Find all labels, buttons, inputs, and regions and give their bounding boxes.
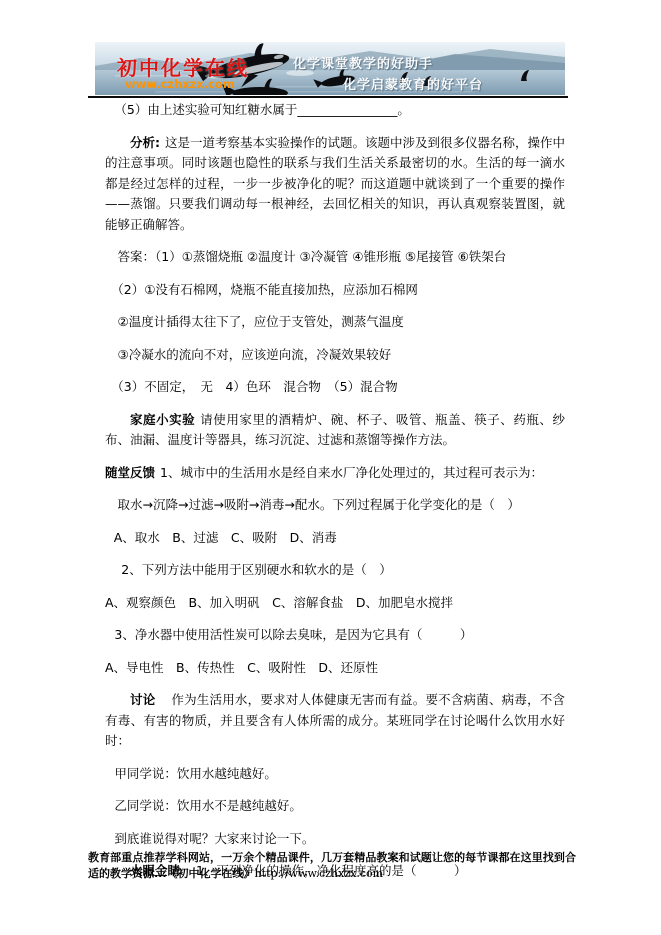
- banner-slogan-2: 化学启蒙教育的好平台: [343, 74, 483, 93]
- question-3-options: A、导电性 B、传热性 C、吸附性 D、还原性: [105, 658, 565, 679]
- answer-text: （3）不固定， 无 4）色环 混合物 （5）混合物: [111, 379, 397, 394]
- answer-text: ②温度计插得太往下了，应位于支管处，测蒸气温度: [118, 314, 404, 329]
- home-experiment-paragraph: 家庭小实验请使用家里的酒精炉、碗、杯子、吸管、瓶盖、筷子、药瓶、纱布、油漏、温度…: [105, 410, 565, 451]
- question-3: 3、净水器中使用活性炭可以除去臭味，是因为它具有（ ）: [105, 625, 565, 646]
- document-body: （5）由上述实验可知红糖水属于________________。 分析:这是一道…: [105, 100, 565, 894]
- analysis-text: 这是一道考察基本实验操作的试题。该题中涉及到很多仪器名称，操作中的注意事项。同时…: [105, 135, 565, 232]
- purification-process-line: 取水→沉降→过滤→吸附→消毒→配水。下列过程属于化学变化的是（ ）: [105, 495, 565, 516]
- student-a-line: 甲同学说：饮用水越纯越好。: [105, 764, 565, 785]
- statement-text: 乙同学说：饮用水不是越纯越好。: [114, 798, 302, 813]
- page-footer: 教育部重点推荐学科网站，一万余个精品课件，几万套精品教案和试题让您的每节课都在这…: [88, 850, 576, 881]
- discussion-label: 讨论: [130, 692, 155, 707]
- analysis-paragraph: 分析:这是一道考察基本实验操作的试题。该题中涉及到很多仪器名称，操作中的注意事项…: [105, 133, 565, 236]
- question-text: 3、净水器中使用活性炭可以除去臭味，是因为它具有（ ）: [114, 627, 472, 642]
- discussion-prompt-line: 到底谁说得对呢？大家来讨论一下。: [105, 829, 565, 850]
- answer-line-2: （2）①没有石棉网，烧瓶不能直接加热，应添加石棉网: [105, 280, 565, 301]
- question-1-options: A、取水 B、过滤 C、吸附 D、消毒: [105, 528, 565, 549]
- footer-url[interactable]: http://www.czhxzx.com: [255, 867, 383, 880]
- question-text: （5）由上述实验可知红糖水属于________________。: [114, 102, 409, 117]
- answer-text: ③冷凝水的流向不对，应该逆向流，冷凝效果较好: [118, 347, 392, 362]
- home-experiment-label: 家庭小实验: [130, 412, 195, 427]
- question-text: 取水→沉降→过滤→吸附→消毒→配水。下列过程属于化学变化的是（ ）: [118, 497, 520, 512]
- options-text: A、观察颜色 B、加入明矾 C、溶解食盐 D、加肥皂水搅拌: [105, 595, 453, 610]
- footer-brand: 《初中化学在线》: [167, 867, 255, 880]
- answer-line-1: 答案：（1）①蒸馏烧瓶 ②温度计 ③冷凝管 ④锥形瓶 ⑤尾接管 ⑥铁架台: [105, 247, 565, 268]
- discussion-paragraph: 讨论作为生活用水，要求对人体健康无害而有益。要不含病菌、病毒，不含有毒、有害的物…: [105, 690, 565, 752]
- fill-blank-question-5: （5）由上述实验可知红糖水属于________________。: [105, 100, 565, 121]
- answer-text: 答案：（1）①蒸馏烧瓶 ②温度计 ③冷凝管 ④锥形瓶 ⑤尾接管 ⑥铁架台: [118, 249, 507, 264]
- question-2-options: A、观察颜色 B、加入明矾 C、溶解食盐 D、加肥皂水搅拌: [105, 593, 565, 614]
- site-banner[interactable]: 初中化学在线 www.czhxzx.com 化学课堂教学的好助手 化学启蒙教育的…: [95, 42, 565, 95]
- site-url-text[interactable]: www.czhxzx.com: [125, 77, 235, 91]
- feedback-label: 随堂反馈: [105, 465, 155, 480]
- student-b-line: 乙同学说：饮用水不是越纯越好。: [105, 796, 565, 817]
- feedback-question-1: 随堂反馈1、城市中的生活用水是经自来水厂净化处理过的，其过程可表示为：: [105, 463, 565, 484]
- banner-slogan-1: 化学课堂教学的好助手: [293, 53, 433, 72]
- answer-line-3: ②温度计插得太往下了，应位于支管处，测蒸气温度: [105, 312, 565, 333]
- question-text: 1、城市中的生活用水是经自来水厂净化处理过的，其过程可表示为：: [160, 465, 543, 480]
- question-text: 2、下列方法中能用于区别硬水和软水的是（ ）: [121, 562, 391, 577]
- answer-line-4: ③冷凝水的流向不对，应该逆向流，冷凝效果较好: [105, 345, 565, 366]
- banner-divider: [88, 96, 568, 98]
- analysis-label: 分析:: [130, 135, 160, 150]
- prompt-text: 到底谁说得对呢？大家来讨论一下。: [114, 831, 314, 846]
- options-text: A、导电性 B、传热性 C、吸附性 D、还原性: [105, 660, 378, 675]
- discussion-text: 作为生活用水，要求对人体健康无害而有益。要不含病菌、病毒，不含有毒、有害的物质，…: [105, 692, 565, 748]
- question-2: 2、下列方法中能用于区别硬水和软水的是（ ）: [105, 560, 565, 581]
- statement-text: 甲同学说：饮用水越纯越好。: [114, 766, 277, 781]
- answer-text: （2）①没有石棉网，烧瓶不能直接加热，应添加石棉网: [111, 282, 418, 297]
- options-text: A、取水 B、过滤 C、吸附 D、消毒: [114, 530, 337, 545]
- answer-line-5: （3）不固定， 无 4）色环 混合物 （5）混合物: [105, 377, 565, 398]
